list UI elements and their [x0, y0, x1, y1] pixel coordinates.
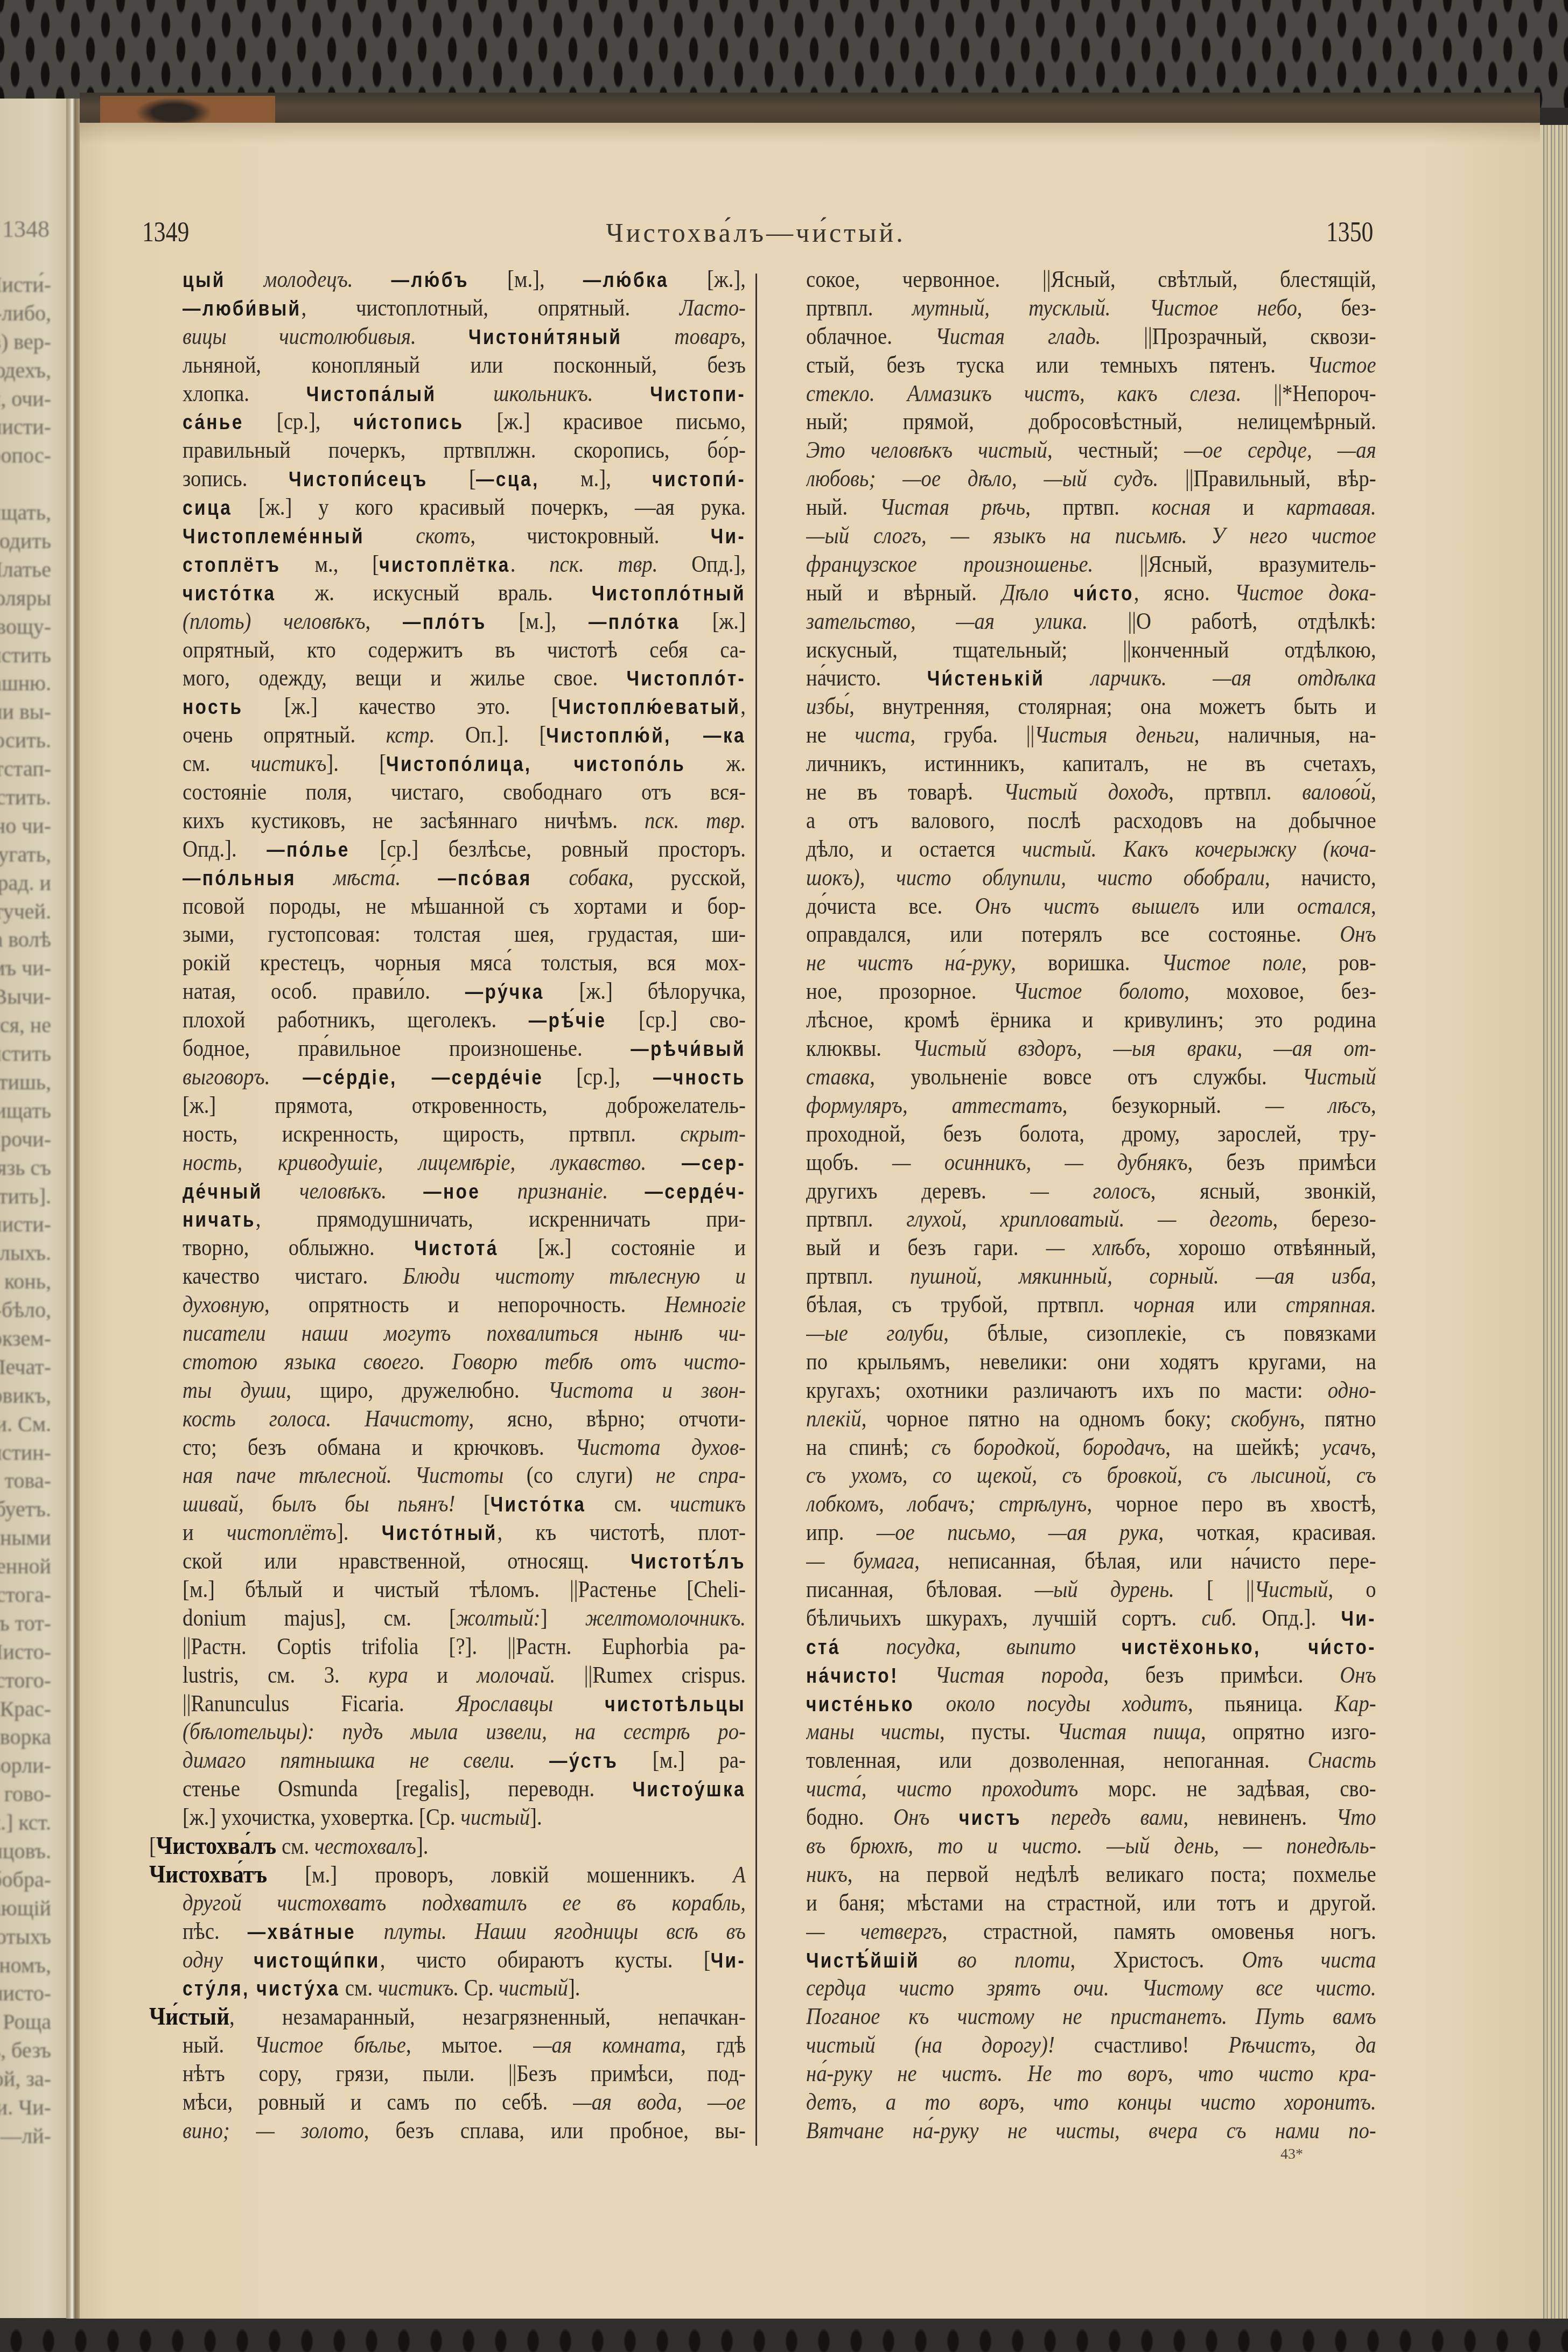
body-text: сокое, червонное. ||Ясный, свѣтлый, блес…: [806, 266, 1376, 292]
italic-text: школьникъ.: [436, 380, 650, 407]
body-text: ,: [1371, 1092, 1376, 1118]
subentry-headword: —рѣчи́вый: [631, 1038, 746, 1061]
italic-text: другой чистохватъ подхватилъ ее въ кораб…: [183, 1889, 746, 1916]
text-line: Это человѣкъ чистый, честный; —ое сердце…: [806, 436, 1376, 465]
body-text: [ж.] прямота, откровенность, доброжелате…: [183, 1092, 746, 1118]
text-line: правильный почеркъ, пртвплжн. скоропись,…: [149, 436, 746, 465]
italic-text: скотъ: [365, 522, 471, 549]
previous-page-fragment: обочищать: [0, 1097, 51, 1125]
italic-text: Снасть: [1307, 1747, 1376, 1773]
body-text: состоянiе поля, чистаго, свободнаго отъ …: [183, 779, 746, 805]
text-line: lustris, см. 3. кура и молочай. ||Rumex …: [149, 1661, 746, 1690]
body-text: lustris, см. 3.: [183, 1662, 368, 1688]
text-line: — четвергъ, страстной, память омовенья н…: [806, 1917, 1376, 1946]
body-text: [м.],: [469, 266, 583, 292]
body-text: не въ товарѣ.: [806, 779, 1004, 805]
subentry-headword: —серде́ч-: [645, 1181, 746, 1203]
italic-text: Рѣчистъ, да: [1228, 2032, 1376, 2058]
previous-page-edge: 1348 — Чисти́-что-либо,(перев) вер-о люд…: [0, 99, 66, 2318]
italic-text: (плоть) человѣкъ: [183, 608, 365, 634]
italic-text: въ брюхѣ, то и чисто. —ый день, — понедѣ…: [806, 1832, 1376, 1859]
italic-text: Это человѣкъ чистый: [806, 437, 1047, 463]
subentry-headword: чистъ: [959, 1807, 1021, 1830]
text-line: бѣличьихъ шкурахъ, лучшiй сортъ. сиб. Оп…: [806, 1604, 1376, 1633]
subentry-headword: —рѣ́чiе: [529, 1010, 607, 1032]
body-text: , безукорный.: [1062, 1092, 1265, 1118]
previous-page-fragment: дочисти-: [0, 413, 51, 442]
previous-page-fragment: стится, не: [0, 1011, 51, 1040]
italic-text: Чистая порода: [899, 1662, 1104, 1688]
subentry-headword: чистопи́-: [652, 468, 746, 491]
previous-page-fragment: вычистить].: [0, 1182, 51, 1211]
book-corner-mark: [100, 96, 275, 123]
italic-text: димаго пятнышка не свели.: [183, 1747, 549, 1773]
body-text: писанная, бѣловая.: [806, 1576, 1035, 1602]
text-line: стотою языка своего. Говорю тебѣ отъ чис…: [149, 1348, 746, 1376]
text-line: другихъ деревъ. — голосъ, ясный, звонкiй…: [806, 1177, 1376, 1206]
italic-text: лобкомъ, лобачъ; стрѣлунъ: [806, 1490, 1087, 1517]
text-line: сердца чисто зрятъ очи. Чистому все чист…: [806, 1974, 1376, 2003]
text-line: цый молодецъ. —лю́бъ [м.], —лю́бка [ж.],: [149, 265, 746, 294]
italic-text: избы́: [806, 693, 849, 719]
body-text: ].: [530, 1804, 542, 1830]
page-number-right: 1350: [1326, 219, 1373, 247]
text-line: товленная, или дозволенная, непоганная. …: [806, 1746, 1376, 1775]
body-text: [ж.] качество это. [: [243, 693, 558, 719]
body-text: , чорное перо въ хвостѣ,: [1087, 1490, 1376, 1517]
body-text: , без-: [1297, 295, 1376, 321]
body-text: проходной, безъ болота, дрому, зарослей,…: [806, 1121, 1376, 1147]
italic-text: Онъ: [893, 1804, 959, 1830]
italic-text: — хлѣбъ: [1046, 1234, 1145, 1261]
body-text: [: [455, 1490, 490, 1517]
entry-start-line: Чи́стый, незамаранный, незагрязненный, н…: [149, 2003, 746, 2031]
scanner-mat-bottom: [0, 2319, 1568, 2352]
body-text: ,: [1371, 1263, 1376, 1289]
italic-text: Онъ чистъ вышелъ: [975, 893, 1200, 919]
column-left: цый молодецъ. —лю́бъ [м.], —лю́бка [ж.],…: [149, 265, 746, 2145]
body-text: [: [149, 1833, 156, 1859]
previous-page-fragment: концовъ.: [0, 1837, 51, 1866]
previous-page-fragment: говорли-: [0, 1752, 51, 1780]
previous-page-fragment: — пропос-: [0, 442, 51, 470]
subentry-headword: чистёхонько, чи́сто-: [1122, 1636, 1376, 1659]
body-text: , на первой недѣлѣ великаго поста; похме…: [848, 1861, 1376, 1887]
body-text: Оп.]. [: [435, 722, 547, 748]
previous-page-number: 1348: [2, 218, 50, 241]
subentry-headword: ста́: [806, 1636, 841, 1659]
body-text: , честный;: [1047, 437, 1184, 463]
text-line: детъ, а то воръ, что концы чисто хоронит…: [806, 2088, 1376, 2117]
previous-page-fragment: дочистишь,: [0, 1068, 51, 1097]
body-text: , щиро, дружелюбно.: [286, 1377, 548, 1403]
previous-page-fragment: й экзем-: [0, 1325, 51, 1353]
text-line: творно, облыжно. Чистота́ [ж.] состоянiе…: [149, 1234, 746, 1262]
body-text: качество чистаго.: [183, 1263, 403, 1289]
subentry-headword: Чистоу́шка: [632, 1779, 745, 1801]
body-text: Опд.].: [183, 836, 267, 862]
body-text: мѣси, ровный и самъ по себѣ.: [183, 2089, 573, 2115]
italic-text: пск. твр.: [645, 807, 746, 834]
body-text: ,: [740, 323, 746, 349]
dictionary-page: 1349 Чистохва́лъ—чи́стый. 1350 цый молод…: [80, 123, 1540, 2320]
body-text: стенье Osmunda [regalis], переводн.: [183, 1775, 632, 1802]
previous-page-fragment: наводить: [0, 527, 51, 556]
text-line: ность, криводушiе, лицемѣрiе, лукавство.…: [149, 1149, 746, 1177]
body-text: , на шейкѣ;: [1165, 1434, 1322, 1460]
body-text: [ср.] безлѣсье, ровный просторъ.: [350, 836, 746, 862]
previous-page-fragment: начищать,: [0, 499, 51, 527]
text-line: на́-руку не чистъ. Не то воръ, что чисто…: [806, 2060, 1376, 2088]
subentry-headword: де́чный: [183, 1181, 263, 1203]
body-text: , пртвп.: [1025, 494, 1152, 520]
text-line: французское произношенье. ||Ясный, вразу…: [806, 550, 1376, 579]
text-line: Вятчане на́-руку не чисты, вчера съ нами…: [806, 2117, 1376, 2145]
italic-text: (бѣлотельцы): пудъ мыла извели, на сестр…: [183, 1718, 746, 1745]
body-text: ,: [740, 693, 746, 719]
body-text: , ясный, звонкiй,: [1151, 1178, 1376, 1204]
body-text: , Христосъ.: [1070, 1947, 1242, 1973]
previous-page-fragment: мъ, безъ: [0, 2036, 51, 2065]
body-text: , невиненъ.: [1183, 1804, 1336, 1830]
text-line: пртвпл. глухой, хрипловатый. — деготь, б…: [806, 1205, 1376, 1234]
body-text: бѣличьихъ шкурахъ, лучшiй сортъ.: [806, 1605, 1202, 1631]
italic-text: выговоръ.: [183, 1063, 303, 1090]
italic-text: детъ, а то воръ, что концы чисто хоронит…: [806, 2089, 1376, 2115]
body-text: ||Rumex crispus.: [555, 1662, 746, 1688]
italic-text: плекiй: [806, 1405, 862, 1432]
body-text: , безъ примѣси: [1188, 1149, 1376, 1175]
body-text: натая, особ. прави́ло.: [183, 978, 465, 1004]
subentry-headword: —чность: [653, 1067, 746, 1089]
previous-page-fragment: ||Крас-: [0, 1695, 51, 1724]
body-text: , пртвпл.: [1168, 779, 1302, 805]
body-text: искусный, тщательный; ||конченный отдѣлк…: [806, 636, 1376, 663]
subentry-headword: —по́лье: [267, 839, 350, 862]
text-line: кость голоса. Начистоту, ясно, вѣрно; от…: [149, 1405, 746, 1433]
previous-page-fragment: о людехъ,: [0, 356, 51, 385]
previous-page-fragment: ||Ругать,: [0, 841, 51, 869]
italic-text: пушной, мякинный, сорный. —ая изба: [910, 1263, 1371, 1289]
text-line: любовь; —ое дѣло, —ый судъ. ||Правильный…: [806, 465, 1376, 493]
body-text: Ср.: [459, 1975, 499, 2001]
body-text: ||Ranunculus Ficaria.: [183, 1690, 456, 1717]
body-text: , внутренняя, столярная; она можетъ быть…: [849, 693, 1376, 719]
italic-text: Поганое къ чистому не пристанетъ. Путь в…: [806, 2003, 1376, 2029]
italic-text: сердца чисто зрятъ очи. Чистому все чист…: [806, 1975, 1376, 2001]
body-text: ное, прозорное.: [806, 978, 1013, 1004]
italic-text: около посуды ходитъ: [914, 1690, 1188, 1717]
body-text: ,: [1371, 779, 1376, 805]
text-line: ный. Чистое бѣлье, мытое. —ая комната, г…: [149, 2031, 746, 2060]
subentry-headword: ность: [183, 696, 243, 719]
body-text: ||*Непороч-: [1241, 380, 1376, 407]
italic-text: —ый дурень.: [1035, 1576, 1174, 1602]
text-line: вицы чистолюбивыя. Чистони́тяный товаръ,: [149, 323, 746, 351]
italic-text: глухой, хрипловатый. — деготь: [906, 1206, 1272, 1232]
italic-text: ты души: [183, 1377, 286, 1403]
body-text: опрятный, кто содержитъ въ чистотѣ себя …: [183, 636, 746, 663]
body-text: и: [1210, 494, 1286, 520]
italic-text: посудка, выпито: [841, 1633, 1122, 1660]
body-text: м., [: [281, 551, 380, 577]
text-line: чисто́тка ж. искусный враль. Чистопло́тн…: [149, 579, 746, 607]
text-line: donium majus], см. [жолтый:] желтомолочн…: [149, 1604, 746, 1633]
italic-text: Чистое болото: [1013, 978, 1185, 1004]
text-line: пртвпл. мутный, тусклый. Чистое небо, бе…: [806, 294, 1376, 323]
italic-text: мѣста́.: [296, 864, 438, 891]
italic-text: Что: [1336, 1804, 1376, 1830]
body-text: , чоткая, красивая.: [1158, 1519, 1376, 1545]
subentry-headword: Чистотѣ́лъ: [631, 1551, 746, 1573]
subentry-headword: Чистота́: [414, 1237, 499, 1260]
previous-page-fragment: — или вы-: [0, 698, 51, 726]
text-line: см. чистикъ]. [Чистопо́лица, чистопо́ль …: [149, 750, 746, 778]
previous-page-fragment: й грязь съ: [0, 1154, 51, 1182]
body-text: счастливо!: [1055, 2032, 1229, 2058]
entry-headword: Чистохва́тъ: [149, 1860, 267, 1888]
italic-text: Ласто-: [680, 295, 746, 321]
italic-text: формуляръ, аттестатъ: [806, 1092, 1062, 1118]
running-title: Чистохва́лъ—чи́стый.: [593, 219, 919, 247]
italic-text: чорная: [1133, 1291, 1195, 1318]
body-text: , опрятность и непорочность.: [264, 1291, 665, 1318]
body-text: [ж.] бѣлоручка,: [544, 978, 746, 1004]
subentry-headword: чисто́тка: [183, 583, 276, 605]
italic-text: съ ухомъ, со щекой, съ бровкой, съ лысин…: [806, 1462, 1376, 1488]
body-text: ||Правильный, вѣр-: [1158, 465, 1376, 492]
italic-text: —ое сердце, —ая: [1184, 437, 1376, 463]
italic-text: съ бородкой, бородачъ: [931, 1434, 1165, 1460]
signature-mark: 43*: [1280, 2146, 1303, 2163]
italic-text: шивай, былъ бы пьянъ!: [183, 1490, 455, 1517]
previous-page-fragment: мъ това-: [0, 1467, 51, 1495]
body-text: , прямодушничать, искренничать при-: [256, 1206, 746, 1232]
body-text: ].: [337, 1519, 382, 1545]
body-text: ской или нравственной, относящ.: [183, 1548, 631, 1574]
body-text: , моховое, без-: [1184, 978, 1376, 1004]
text-line: зательство, —ая улика. ||О работѣ, отдѣл…: [806, 607, 1376, 636]
body-text: [ж.] состоянiе и: [499, 1234, 746, 1261]
subentry-headword: Чистопло́т-: [627, 668, 746, 690]
body-text: другихъ деревъ.: [806, 1178, 1031, 1204]
subentry-headword: —ру́чка: [465, 981, 544, 1004]
text-line: ная паче тѣлесной. Чистоты (со слуги) не…: [149, 1461, 746, 1490]
subentry-headword: —пло́тъ: [403, 611, 487, 634]
body-text: псовой породы, не мѣшанной съ хортами и …: [183, 893, 746, 919]
text-line: пѣс. —хва́тные плуты. Наши ягодницы всѣ …: [149, 1917, 746, 1946]
body-text: см.: [183, 750, 251, 776]
text-line: сто; безъ обмана и крючковъ. Чистота дух…: [149, 1433, 746, 1462]
text-line: сица [ж.] у кого красивый почеркъ, —ая р…: [149, 493, 746, 522]
text-line: одну чистощи́пки, чисто обираютъ кусты. …: [149, 1946, 746, 1975]
text-line: Чистоплеме́нный скотъ, чистокровный. Чи-: [149, 522, 746, 550]
text-line: никъ, на первой недѣлѣ великаго поста; п…: [806, 1860, 1376, 1889]
previous-page-fragment: чищающiй: [0, 1894, 51, 1923]
text-line: — бумага, неписанная, бѣлая, или на́чист…: [806, 1547, 1376, 1576]
text-line: натая, особ. прави́ло. —ру́чка [ж.] бѣло…: [149, 977, 746, 1006]
body-text: дѣло, и остается: [806, 836, 1022, 862]
body-text: бѣлая, съ трубой, пртвпл.: [806, 1291, 1133, 1318]
column-rule: [755, 274, 757, 2146]
previous-page-fragment: требуетъ.: [0, 1495, 51, 1524]
body-text: , груба. ||: [910, 722, 1034, 748]
text-line: выговоръ. —се́рдiе, —серде́чiе [ср.], —ч…: [149, 1063, 746, 1091]
text-line: духовную, опрятность и непорочность. Нем…: [149, 1291, 746, 1319]
text-line: льняной, конопляный или посконный, безъ: [149, 351, 746, 380]
previous-page-fragment: стной, за-: [0, 2065, 51, 2094]
body-text: нѣтъ сору, грязи, пыли. ||Безъ примѣси, …: [183, 2060, 746, 2087]
previous-page-fragment: чистовикъ,: [0, 1382, 51, 1410]
body-text: , воришка.: [1011, 949, 1161, 976]
previous-page-fragment: въ обобра-: [0, 1866, 51, 1894]
previous-page-fragment: ный, очи-: [0, 385, 51, 414]
body-text: по крыльямъ, невелики: они ходятъ кругам…: [806, 1348, 1376, 1375]
italic-text: чиста: [855, 722, 911, 748]
text-line: формуляръ, аттестатъ, безукорный. — лѣсъ…: [806, 1091, 1376, 1120]
body-text: , чистокровный.: [470, 522, 710, 549]
text-line: плекiй, чорное пятно на одномъ боку; ско…: [806, 1405, 1376, 1433]
previous-page-fragment: ливо гово-: [0, 1780, 51, 1809]
body-text: , безъ сплава, или пробное, вы-: [364, 2117, 746, 2144]
previous-page-fragment: — хвощу-: [0, 613, 51, 641]
italic-text: чистый: [499, 1975, 568, 2001]
previous-page-fragment: ой тучей.: [0, 898, 51, 926]
text-line: писанная, бѣловая. —ый дурень. [ ||Чисты…: [806, 1576, 1376, 1604]
italic-text: молочай.: [477, 1662, 556, 1688]
previous-page-fragment: [ж.] кст.: [0, 1809, 51, 1837]
previous-page-fragment: вычистить: [0, 1040, 51, 1068]
body-text: ||Ясный, вразумитель-: [1093, 551, 1376, 577]
previous-page-fragment: чистога-: [0, 1581, 51, 1609]
body-text: ,: [366, 608, 403, 634]
text-line: ской или нравственной, относящ. Чистотѣ́…: [149, 1547, 746, 1576]
previous-page-fragment: . Печат-: [0, 1353, 51, 1382]
text-line: чиста́, чисто проходитъ морс. не задѣвая…: [806, 1775, 1376, 1803]
body-text: ный.: [806, 494, 880, 520]
subentry-headword: —у́стъ: [549, 1750, 618, 1773]
text-line: вый и безъ гари. — хлѣбъ, хорошо отвѣянн…: [806, 1234, 1376, 1262]
subentry-headword: —лю́бка: [583, 269, 669, 292]
body-text: , опрятно изго-: [1201, 1718, 1376, 1745]
text-line: [ж.] прямота, откровенность, доброжелате…: [149, 1091, 746, 1120]
text-line: ипр. —ое письмо, —ая рука, чоткая, краси…: [806, 1518, 1376, 1547]
body-text: , чистоплотный, опрятный.: [301, 295, 679, 321]
subentry-headword: чисте́нько: [806, 1693, 914, 1716]
subentry-headword: чи́сто: [1074, 583, 1134, 605]
text-line: стекло. Алмазикъ чистъ, какъ слеза. ||*Н…: [806, 380, 1376, 408]
body-text: пртвпл.: [806, 1263, 910, 1289]
book-top-edge: [80, 93, 1540, 125]
subentry-headword: Чисто́тный: [382, 1522, 498, 1545]
body-text: , пусты.: [940, 1718, 1057, 1745]
body-text: [ср.],: [543, 1063, 653, 1090]
text-line: ность [ж.] качество это. [Чистоплю́еваты…: [149, 692, 746, 721]
text-line: по крыльямъ, невелики: они ходятъ кругам…: [806, 1348, 1376, 1376]
text-line: ность, искренность, щирость, пртвпл. скр…: [149, 1120, 746, 1149]
previous-page-fragment: Платье: [0, 556, 51, 584]
body-text: , ров-: [1301, 949, 1376, 976]
text-line: (плоть) человѣкъ, —пло́тъ [м.], —пло́тка…: [149, 607, 746, 636]
body-text: , русской,: [628, 864, 746, 891]
body-text: , незамаранный, незагрязненный, непачкан…: [229, 2004, 746, 2030]
body-text: щобъ.: [806, 1149, 892, 1175]
body-text: ный; прямой, добросовѣстный, нелицемѣрны…: [806, 408, 1376, 435]
italic-text: чиста́, чисто проходитъ: [806, 1775, 1078, 1802]
body-text: [ср.] сво-: [606, 1006, 745, 1033]
subentry-headword: сица: [183, 497, 232, 520]
italic-text: человѣкъ.: [263, 1178, 424, 1204]
body-text: на спинѣ;: [806, 1434, 931, 1460]
body-text: .: [510, 551, 550, 577]
text-line: стенье Osmunda [regalis], переводн. Чист…: [149, 1775, 746, 1803]
italic-text: Чистое дока-: [1235, 579, 1376, 606]
subentry-headword: чистоплётка: [379, 554, 510, 577]
previous-page-fragment: кiй. —лй-: [0, 2122, 51, 2151]
text-line: на́чисто! Чистая порода, безъ примѣси. О…: [806, 1661, 1376, 1690]
text-line: стоплётъ м., [чистоплётка. пск. твр. Опд…: [149, 550, 746, 579]
text-line: другой чистохватъ подхватилъ ее въ кораб…: [149, 1889, 746, 1917]
previous-page-fragment: Чистить: [0, 641, 51, 670]
italic-text: усачъ: [1322, 1434, 1371, 1460]
text-line: (бѣлотельцы): пудъ мыла извели, на сестр…: [149, 1718, 746, 1746]
italic-text: мутный, тусклый. Чистое небо: [912, 295, 1297, 321]
italic-text: вицы чистолюбивыя.: [183, 323, 468, 349]
body-text: и баня; мѣстами на страстной, или тотъ и…: [806, 1889, 1376, 1916]
body-text: правильный почеркъ, пртвплжн. скоропись,…: [183, 437, 746, 463]
body-text: кихъ кустиковъ, не засѣяннаго ничѣмъ.: [183, 807, 645, 834]
body-text: облачное.: [806, 323, 935, 349]
body-text: а отъ валового, послѣ расходовъ на добыч…: [806, 807, 1376, 834]
text-line: дѣло, и остается чистый. Какъ кочерыжку …: [806, 835, 1376, 864]
text-line: кихъ кустиковъ, не засѣяннаго ничѣмъ. пс…: [149, 807, 746, 835]
subentry-headword: Чистони́тяный: [468, 326, 622, 349]
italic-text: Чистыя деньги: [1034, 722, 1194, 748]
text-line: щобъ. — осинникъ, — дубнякъ, безъ примѣс…: [806, 1149, 1376, 1177]
text-line: стый, безъ туска или темныхъ пятенъ. Чис…: [806, 351, 1376, 380]
subentry-headword: —се́рдiе, —серде́чiе: [303, 1067, 543, 1089]
subentry-headword: —пло́тка: [589, 611, 680, 634]
text-line: зопись. Чистопи́сецъ [—сца, м.], чистопи…: [149, 465, 746, 493]
text-line: очень опрятный. кстр. Оп.]. [Чистоплю́й,…: [149, 721, 746, 750]
previous-page-fragment: й цѣлыхъ.: [0, 1239, 51, 1268]
text-line: избы́, внутренняя, столярная; она можетъ…: [806, 692, 1376, 721]
body-text: пртвпл.: [806, 1206, 906, 1232]
previous-page-fragment: на-бѣло,: [0, 1296, 51, 1325]
subentry-headword: Чистопло́тный: [592, 583, 746, 605]
text-line: до́чиста все. Онъ чистъ вышелъ или остал…: [806, 892, 1376, 921]
text-line: бодно. Онъ чистъ передъ вами, невиненъ. …: [806, 1803, 1376, 1832]
text-line: шокъ), чисто облупили, чисто обобрали, н…: [806, 864, 1376, 892]
body-text: не: [806, 722, 855, 748]
body-text: donium majus], см. [: [183, 1605, 456, 1631]
text-line: въ брюхѣ, то и чисто. —ый день, — понедѣ…: [806, 1832, 1376, 1860]
subentry-headword: сту́ля, чисту́ха: [183, 1978, 340, 2000]
text-line: ||Ranunculus Ficaria. Ярославцы чистотѣл…: [149, 1690, 746, 1718]
body-text: морс. не задѣвая, сво-: [1078, 1775, 1376, 1802]
text-line: не въ товарѣ. Чистый доходъ, пртвпл. вал…: [806, 778, 1376, 807]
italic-text: кура: [368, 1662, 408, 1688]
text-line: маны чисты, пусты. Чистая пища, опрятно …: [806, 1718, 1376, 1746]
text-line: на спинѣ; съ бородкой, бородачъ, на шейк…: [806, 1433, 1376, 1462]
italic-text: чистикъ: [251, 750, 327, 776]
italic-text: Чистое бѣлье: [255, 2032, 406, 2058]
body-text: бодное, пра́вильное произношенье.: [183, 1035, 631, 1061]
text-line: ты души, щиро, дружелюбно. Чистота и зво…: [149, 1376, 746, 1405]
italic-text: Кар-: [1334, 1690, 1376, 1717]
italic-text: товаръ: [622, 323, 740, 349]
text-line: лобкомъ, лобачъ; стрѣлунъ, чорное перо в…: [806, 1490, 1376, 1518]
